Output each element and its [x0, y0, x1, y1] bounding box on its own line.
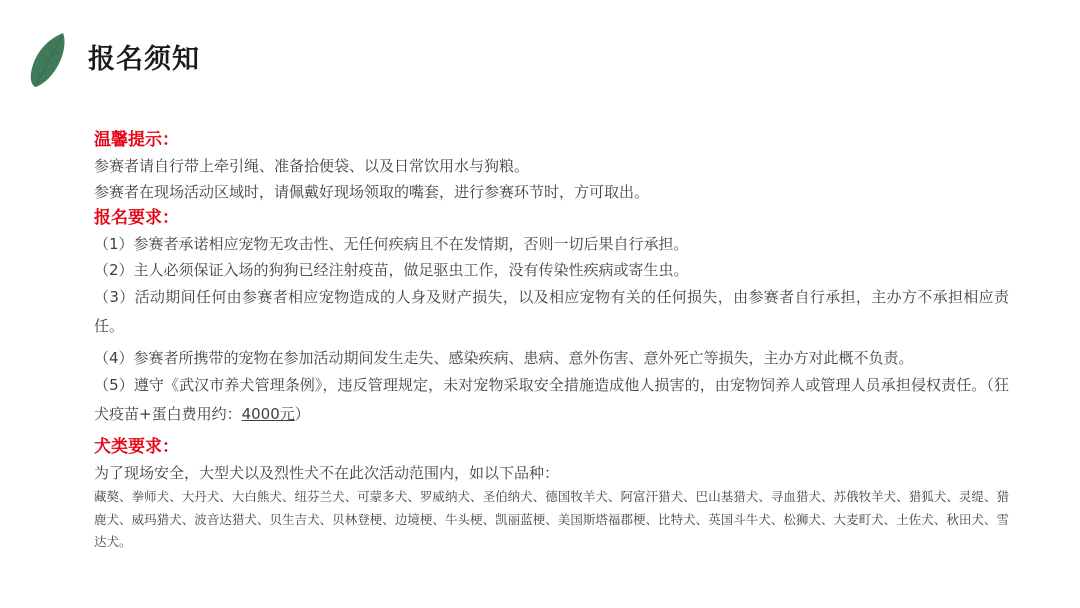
- breeds-section: 犬类要求： 为了现场安全，大型犬以及烈性犬不在此次活动范围内，如以下品种： 藏獒…: [94, 434, 1009, 554]
- requirement-item-5-text: （5）遵守《武汉市养犬管理条例》，违反管理规定，未对宠物采取安全措施造成他人损害…: [94, 376, 1009, 423]
- breeds-intro: 为了现场安全，大型犬以及烈性犬不在此次活动范围内，如以下品种：: [94, 460, 1009, 486]
- requirement-item-5: （5）遵守《武汉市养犬管理条例》，违反管理规定，未对宠物采取安全措施造成他人损害…: [94, 371, 1009, 429]
- requirement-item-1: （1）参赛者承诺相应宠物无攻击性、无任何疾病且不在发情期，否则一切后果自行承担。: [94, 231, 1009, 257]
- page-title: 报名须知: [88, 46, 200, 73]
- requirements-heading: 报名要求：: [94, 205, 1009, 231]
- breeds-heading: 犬类要求：: [94, 434, 1009, 460]
- breeds-list: 藏獒、拳师犬、大丹犬、大白熊犬、纽芬兰犬、可蒙多犬、罗威纳犬、圣伯纳犬、德国牧羊…: [94, 486, 1009, 554]
- tips-section: 温馨提示： 参赛者请自行带上牵引绳、准备拾便袋、以及日常饮用水与狗粮。 参赛者在…: [94, 127, 1009, 205]
- notice-content: 温馨提示： 参赛者请自行带上牵引绳、准备拾便袋、以及日常饮用水与狗粮。 参赛者在…: [94, 127, 1009, 554]
- leaf-icon: [28, 31, 68, 89]
- requirement-item-2: （2）主人必须保证入场的狗狗已经注射疫苗，做足驱虫工作，没有传染性疾病或寄生虫。: [94, 257, 1009, 283]
- tips-heading: 温馨提示：: [94, 127, 1009, 153]
- requirement-item-3: （3）活动期间任何由参赛者相应宠物造成的人身及财产损失，以及相应宠物有关的任何损…: [94, 283, 1009, 341]
- tips-line: 参赛者在现场活动区域时，请佩戴好现场领取的嘴套，进行参赛环节时，方可取出。: [94, 179, 1009, 205]
- page-header: 报名须知: [28, 30, 200, 90]
- requirements-section: 报名要求： （1）参赛者承诺相应宠物无攻击性、无任何疾病且不在发情期，否则一切后…: [94, 205, 1009, 429]
- requirement-item-4: （4）参赛者所携带的宠物在参加活动期间发生走失、感染疾病、患病、意外伤害、意外死…: [94, 345, 1009, 371]
- requirement-item-5-close: ）: [295, 405, 310, 423]
- fee-amount: 4000元: [242, 405, 295, 423]
- tips-line: 参赛者请自行带上牵引绳、准备拾便袋、以及日常饮用水与狗粮。: [94, 153, 1009, 179]
